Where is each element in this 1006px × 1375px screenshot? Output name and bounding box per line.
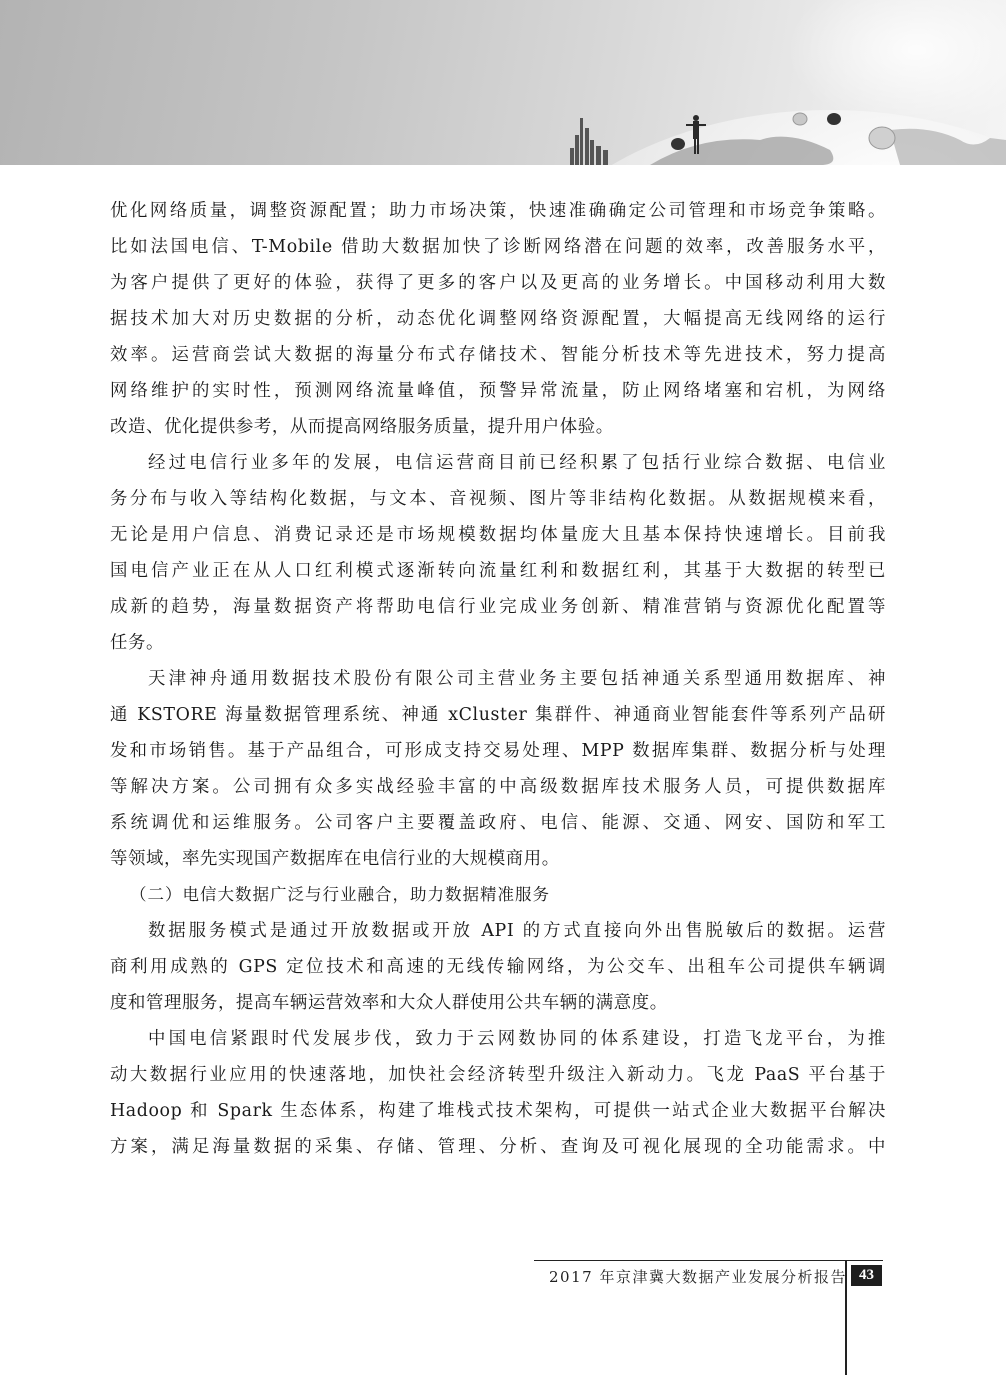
text-line: 国电信产业正在从人口红利模式逐渐转向流量红利和数据红利，其基于大数据的转型已 [110,553,886,589]
paragraph-1: 优化网络质量，调整资源配置；助力市场决策，快速准确确定公司管理和市场竞争策略。 … [110,193,886,445]
globe-illustration-icon [0,0,1006,165]
text-line: 任务。 [110,625,886,661]
header-banner-image [0,0,1006,165]
text-line: 天津神舟通用数据技术股份有限公司主营业务主要包括神通关系型通用数据库、神 [110,661,886,697]
text-line: 改造、优化提供参考，从而提高网络服务质量，提升用户体验。 [110,409,886,445]
text-line: 成新的趋势，海量数据资产将帮助电信行业完成业务创新、精准营销与资源优化配置等 [110,589,886,625]
text-line: 数据服务模式是通过开放数据或开放 API 的方式直接向外出售脱敏后的数据。运营 [110,913,886,949]
text-line: 等领域，率先实现国产数据库在电信行业的大规模商用。 [110,841,886,877]
text-line: 优化网络质量，调整资源配置；助力市场决策，快速准确确定公司管理和市场竞争策略。 [110,193,886,229]
text-line: 为客户提供了更好的体验，获得了更多的客户以及更高的业务增长。中国移动利用大数 [110,265,886,301]
paragraph-4: 数据服务模式是通过开放数据或开放 API 的方式直接向外出售脱敏后的数据。运营 … [110,913,886,1021]
text-line: 方案，满足海量数据的采集、存储、管理、分析、查询及可视化展现的全功能需求。中 [110,1129,886,1165]
text-line: 据技术加大对历史数据的分析，动态优化调整网络资源配置，大幅提高无线网络的运行 [110,301,886,337]
footer-report-title: 2017 年京津冀大数据产业发展分析报告 [549,1266,847,1287]
document-body: 优化网络质量，调整资源配置；助力市场决策，快速准确确定公司管理和市场竞争策略。 … [110,193,886,1165]
text-line: 发和市场销售。基于产品组合，可形成支持交易处理、MPP 数据库集群、数据分析与处… [110,733,886,769]
paragraph-2: 经过电信行业多年的发展，电信运营商目前已经积累了包括行业综合数据、电信业 务分布… [110,445,886,661]
text-line: 无论是用户信息、消费记录还是市场规模数据均体量庞大且基本保持快速增长。目前我 [110,517,886,553]
text-line: 比如法国电信、T-Mobile 借助大数据加快了诊断网络潜在问题的效率，改善服务… [110,229,886,265]
section-heading: （二）电信大数据广泛与行业融合，助力数据精准服务 [110,877,886,913]
text-line: 效率。运营商尝试大数据的海量分布式存储技术、智能分析技术等先进技术，努力提高 [110,337,886,373]
text-line: 经过电信行业多年的发展，电信运营商目前已经积累了包括行业综合数据、电信业 [110,445,886,481]
paragraph-3: 天津神舟通用数据技术股份有限公司主营业务主要包括神通关系型通用数据库、神 通 K… [110,661,886,877]
text-line: Hadoop 和 Spark 生态体系，构建了堆栈式技术架构，可提供一站式企业大… [110,1093,886,1129]
text-line: 等解决方案。公司拥有众多实战经验丰富的中高级数据库技术服务人员，可提供数据库 [110,769,886,805]
text-line: 动大数据行业应用的快速落地，加快社会经济转型升级注入新动力。飞龙 PaaS 平台… [110,1057,886,1093]
text-line: 中国电信紧跟时代发展步伐，致力于云网数协同的体系建设，打造飞龙平台，为推 [110,1021,886,1057]
text-line: 系统调优和运维服务。公司客户主要覆盖政府、电信、能源、交通、网安、国防和军工 [110,805,886,841]
text-line: 网络维护的实时性，预测网络流量峰值，预警异常流量，防止网络堵塞和宕机，为网络 [110,373,886,409]
page-number: 43 [851,1265,882,1286]
footer-divider [534,1260,883,1261]
text-line: 度和管理服务，提高车辆运营效率和大众人群使用公共车辆的满意度。 [110,985,886,1021]
text-line: 商利用成熟的 GPS 定位技术和高速的无线传输网络，为公交车、出租车公司提供车辆… [110,949,886,985]
paragraph-5: 中国电信紧跟时代发展步伐，致力于云网数协同的体系建设，打造飞龙平台，为推 动大数… [110,1021,886,1165]
text-line: 通 KSTORE 海量数据管理系统、神通 xCluster 集群件、神通商业智能… [110,697,886,733]
text-line: 务分布与收入等结构化数据，与文本、音视频、图片等非结构化数据。从数据规模来看， [110,481,886,517]
